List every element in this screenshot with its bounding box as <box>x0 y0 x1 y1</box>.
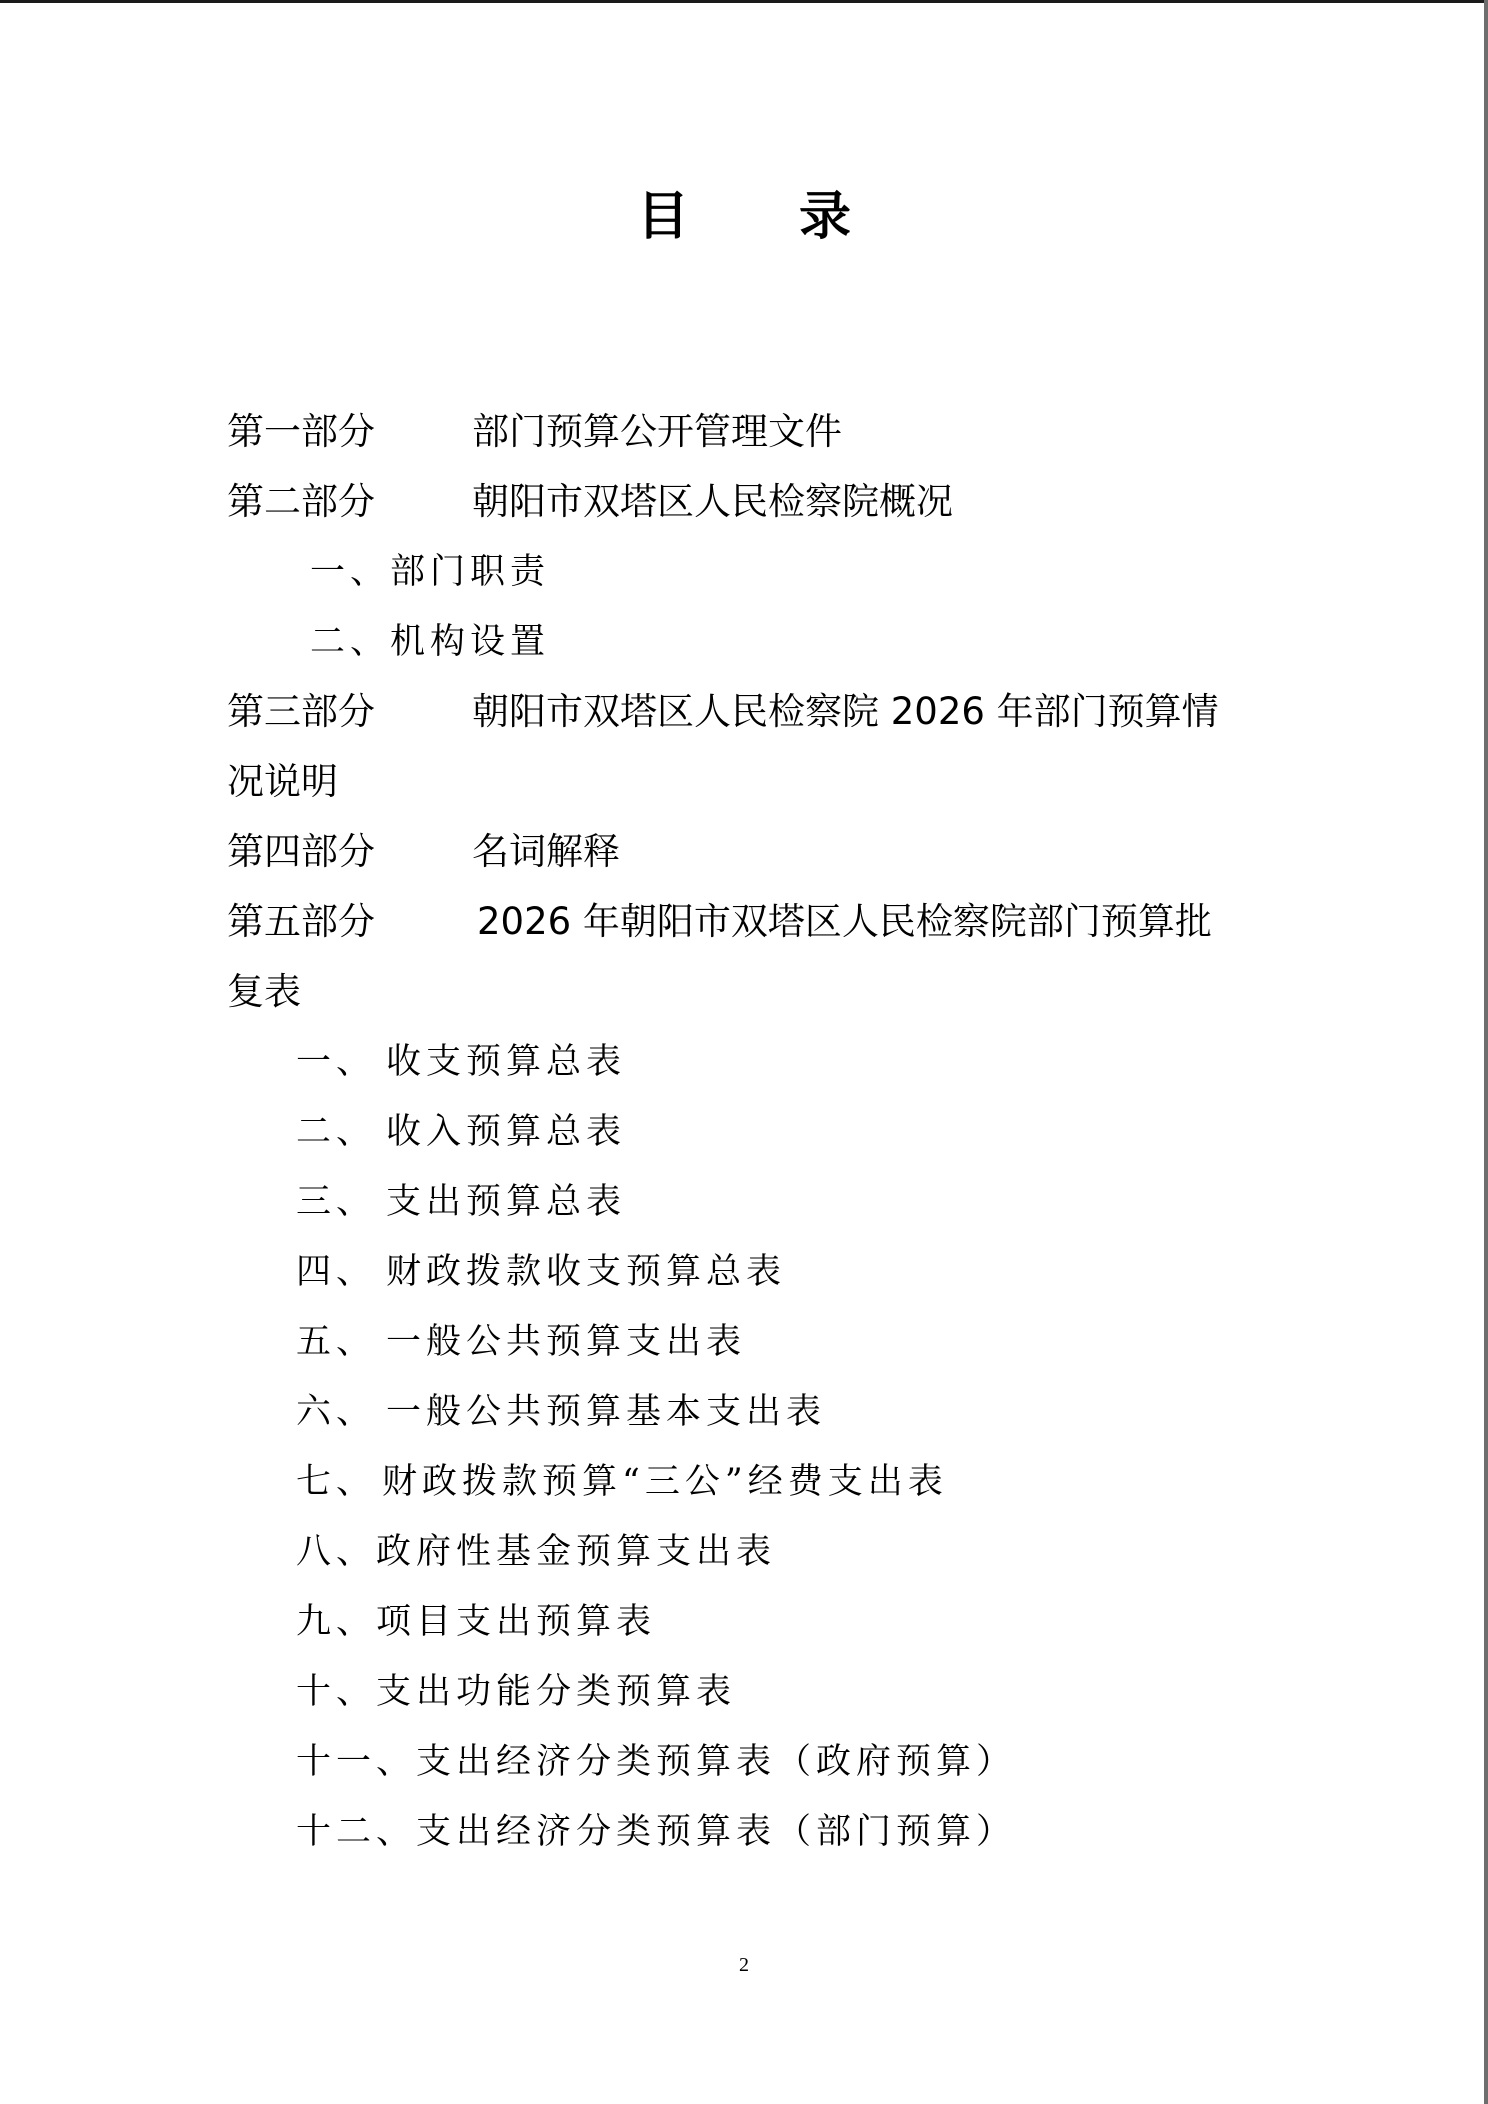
part-title: 2026 年朝阳市双塔区人民检察院部门预算批 <box>477 900 1212 943</box>
part-title-continuation: 况说明 <box>227 760 338 803</box>
part-label: 第一部分 <box>227 397 472 467</box>
part-label: 第二部分 <box>227 467 472 537</box>
title-char-1: 目 <box>637 186 689 248</box>
item-number: 九、 <box>296 1587 376 1657</box>
page-right-border <box>1484 0 1488 2104</box>
part-label: 第五部分 <box>227 887 477 957</box>
toc-item-part5-7[interactable]: 七、财政拨款预算“三公”经费支出表 <box>296 1447 948 1517</box>
toc-part-4[interactable]: 第四部分名词解释 <box>227 817 620 887</box>
item-number: 六、 <box>296 1377 386 1447</box>
item-number: 八、 <box>296 1517 376 1587</box>
toc-item-part5-2[interactable]: 二、收入预算总表 <box>296 1097 626 1167</box>
item-title: 部门职责 <box>390 552 550 592</box>
item-title: 项目支出预算表 <box>376 1602 656 1642</box>
toc-item-part5-1[interactable]: 一、收支预算总表 <box>296 1027 626 1097</box>
toc-item-part5-12[interactable]: 十二、支出经济分类预算表（部门预算） <box>296 1797 1016 1867</box>
item-number: 三、 <box>296 1167 386 1237</box>
page-number: 2 <box>0 1954 1488 1977</box>
item-title: 一般公共预算支出表 <box>386 1322 746 1362</box>
toc-item-part5-6[interactable]: 六、一般公共预算基本支出表 <box>296 1377 826 1447</box>
toc-item-part5-5[interactable]: 五、一般公共预算支出表 <box>296 1307 746 1377</box>
item-number: 一、 <box>310 537 390 607</box>
toc-part-5[interactable]: 第五部分2026 年朝阳市双塔区人民检察院部门预算批 <box>227 887 1212 957</box>
toc-part-5-continuation[interactable]: 复表 <box>227 957 301 1027</box>
item-title: 一般公共预算基本支出表 <box>386 1392 826 1432</box>
item-number: 五、 <box>296 1307 386 1377</box>
toc-part-2[interactable]: 第二部分朝阳市双塔区人民检察院概况 <box>227 467 953 537</box>
item-number: 七、 <box>296 1447 382 1517</box>
item-number: 十、 <box>296 1657 376 1727</box>
item-number: 十一、 <box>296 1727 416 1797</box>
toc-item-part5-4[interactable]: 四、财政拨款收支预算总表 <box>296 1237 786 1307</box>
toc-item-part5-11[interactable]: 十一、支出经济分类预算表（政府预算） <box>296 1727 1016 1797</box>
part-title-continuation: 复表 <box>227 970 301 1013</box>
item-title: 支出功能分类预算表 <box>376 1672 736 1712</box>
page-title: 目录 <box>0 186 1488 248</box>
item-title: 财政拨款收支预算总表 <box>386 1252 786 1292</box>
item-number: 十二、 <box>296 1797 416 1867</box>
item-number: 二、 <box>310 607 390 677</box>
item-title: 支出预算总表 <box>386 1182 626 1222</box>
item-title: 收入预算总表 <box>386 1112 626 1152</box>
item-title: 收支预算总表 <box>386 1042 626 1082</box>
item-number: 二、 <box>296 1097 386 1167</box>
toc-item-part2-2[interactable]: 二、机构设置 <box>310 607 550 677</box>
item-title: 政府性基金预算支出表 <box>376 1532 776 1572</box>
item-title: 机构设置 <box>390 622 550 662</box>
toc-item-part5-10[interactable]: 十、支出功能分类预算表 <box>296 1657 736 1727</box>
item-number: 一、 <box>296 1027 386 1097</box>
part-title: 名词解释 <box>472 830 620 873</box>
part-title: 部门预算公开管理文件 <box>472 410 842 453</box>
part-title: 朝阳市双塔区人民检察院概况 <box>472 480 953 523</box>
toc-item-part5-3[interactable]: 三、支出预算总表 <box>296 1167 626 1237</box>
toc-item-part2-1[interactable]: 一、部门职责 <box>310 537 550 607</box>
toc-item-part5-9[interactable]: 九、项目支出预算表 <box>296 1587 656 1657</box>
title-char-2: 录 <box>799 186 851 248</box>
item-number: 四、 <box>296 1237 386 1307</box>
toc-part-1[interactable]: 第一部分部门预算公开管理文件 <box>227 397 842 467</box>
part-label: 第三部分 <box>227 677 472 747</box>
toc-part-3[interactable]: 第三部分朝阳市双塔区人民检察院 2026 年部门预算情 <box>227 677 1219 747</box>
toc-part-3-continuation[interactable]: 况说明 <box>227 747 338 817</box>
part-label: 第四部分 <box>227 817 472 887</box>
item-title: 支出经济分类预算表（部门预算） <box>416 1812 1016 1852</box>
page-top-border <box>0 0 1488 3</box>
toc-item-part5-8[interactable]: 八、政府性基金预算支出表 <box>296 1517 776 1587</box>
part-title: 朝阳市双塔区人民检察院 2026 年部门预算情 <box>472 690 1219 733</box>
item-title: 财政拨款预算“三公”经费支出表 <box>382 1462 948 1502</box>
item-title: 支出经济分类预算表（政府预算） <box>416 1742 1016 1782</box>
